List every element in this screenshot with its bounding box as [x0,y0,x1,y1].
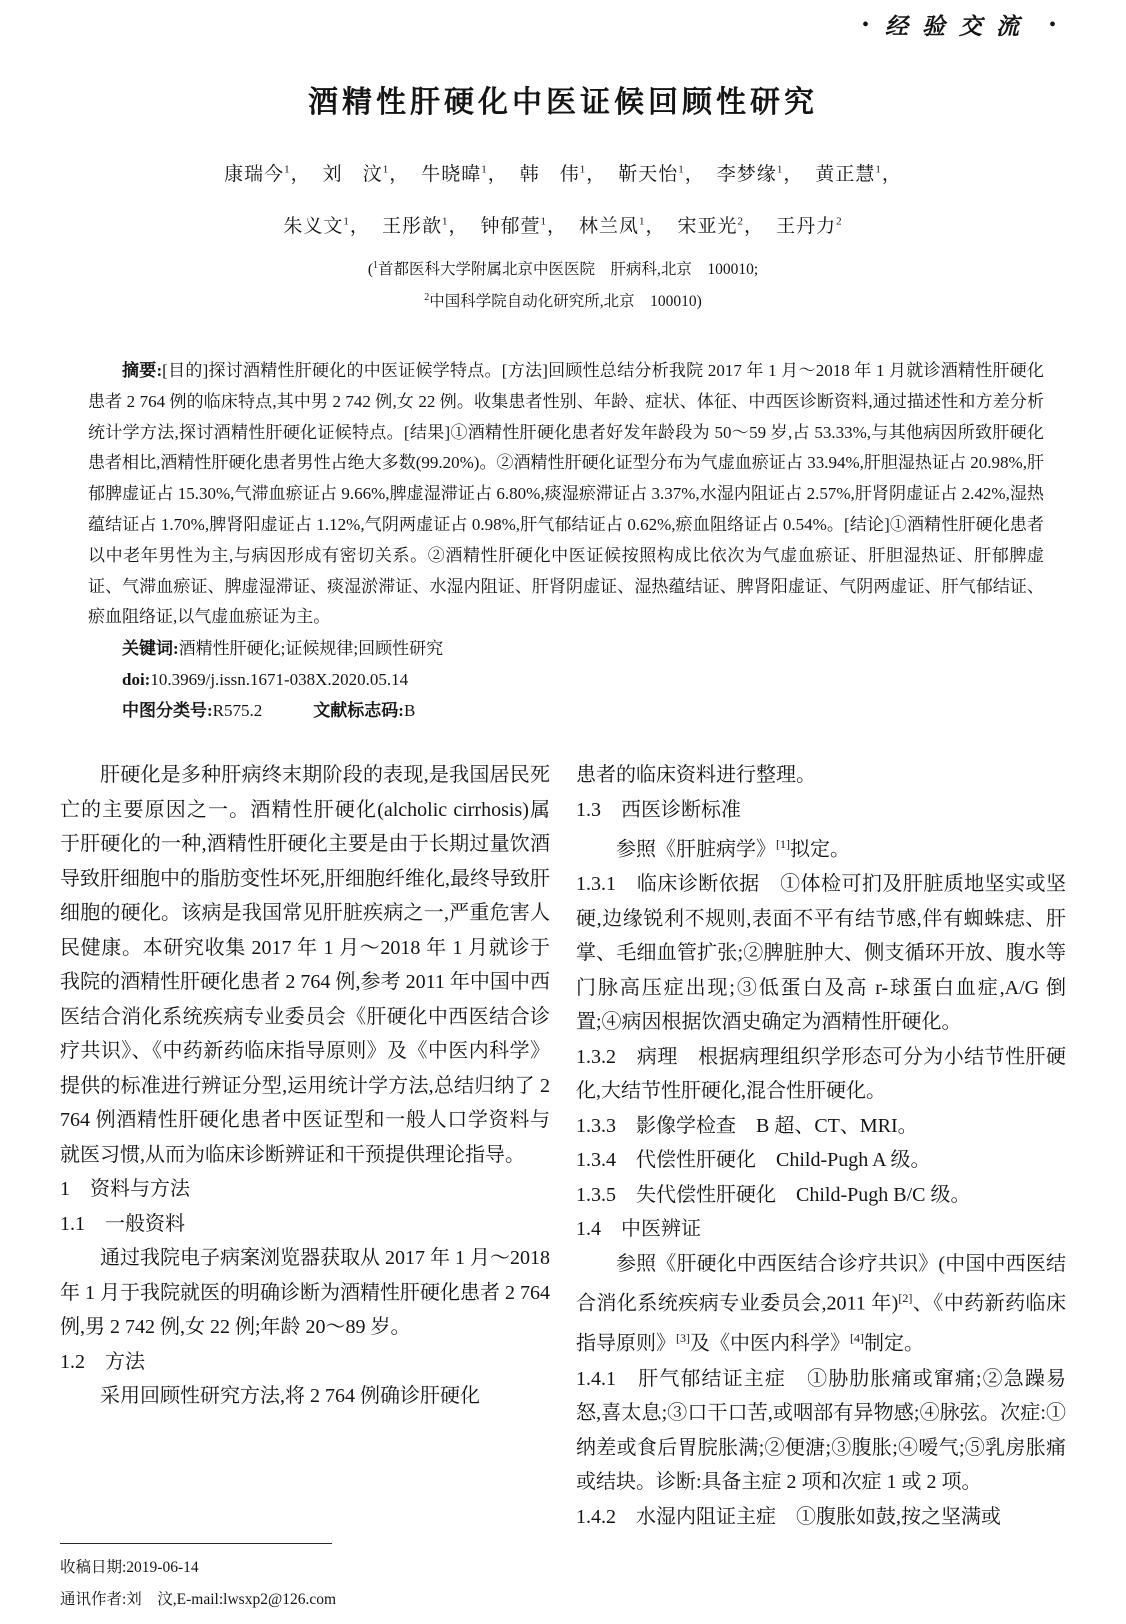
doc-code-value: B [404,701,415,720]
subsection-heading: 1.4 中医辨证 [576,1212,1066,1247]
author-affil-sup: 1 [678,164,685,176]
paragraph: 1.4.2 水湿内阻证主症 ①腹胀如鼓,按之坚满或 [576,1500,1066,1535]
author-affil-sup: 1 [383,164,390,176]
author-affil-sup: 1 [580,164,587,176]
clc-line: 中图分类号:R575.2文献标志码:B [88,695,1044,726]
article-title: 酒精性肝硬化中医证候回顾性研究 [60,77,1066,121]
affiliations: (1首都医科大学附属北京中医医院 肝病科,北京 100010;2中国科学院自动化… [60,252,1066,316]
author-affil-sup: 1 [639,215,646,227]
abstract-label: 摘要: [122,361,162,380]
left-column-blocks: 肝硬化是多种肝病终末期阶段的表现,是我国居民死亡的主要原因之一。酒精性肝硬化(a… [60,758,550,1414]
author-name: 王丹力2 [776,216,843,237]
author-row: 朱义文1，王彤歆1，钟郁萱1，林兰凤1，宋亚光2，王丹力2 [60,198,1066,249]
author-affil-sup: 1 [442,215,449,227]
footnote-line: 收稿日期:2019-06-14 [60,1552,550,1584]
footnote-line: 通讯作者:刘 汶,E-mail:lwsxp2@126.com [60,1584,550,1616]
author-affil-sup: 1 [481,164,488,176]
header-left-dot-icon: • [862,15,869,35]
paragraph: 参照《肝硬化中西医结合诊疗共识》(中国中西医结合消化系统疾病专业委员会,2011… [576,1247,1066,1362]
abstract-block: 摘要:[目的]探讨酒精性肝硬化的中医证候学特点。[方法]回顾性总结分析我院 20… [88,356,1044,726]
paragraph: 参照《肝脏病学》[1]拟定。 [576,827,1066,867]
doc-code-label: 文献标志码: [313,701,404,720]
reference-sup: [1] [776,837,790,851]
author-affil-sup: 2 [738,215,745,227]
clc-value: R575.2 [213,701,263,720]
affiliation-sup: 2 [424,292,429,303]
footnote-lines: 收稿日期:2019-06-14通讯作者:刘 汶,E-mail:lwsxp2@12… [60,1552,550,1616]
paragraph: 通过我院电子病案浏览器获取从 2017 年 1 月～2018 年 1 月于我院就… [60,1241,550,1345]
paragraph: 1.3.5 失代偿性肝硬化 Child-Pugh B/C 级。 [576,1178,1066,1213]
paragraph: 1.3.3 影像学检查 B 超、CT、MRI。 [576,1109,1066,1144]
left-column: 肝硬化是多种肝病终末期阶段的表现,是我国居民死亡的主要原因之一。酒精性肝硬化(a… [60,758,550,1624]
paragraph: 肝硬化是多种肝病终末期阶段的表现,是我国居民死亡的主要原因之一。酒精性肝硬化(a… [60,758,550,1172]
author-name: 李梦缘1， [717,164,804,185]
author-name: 钟郁萱1， [480,216,567,237]
subsection-heading: 1.3 西医诊断标准 [576,793,1066,828]
author-name: 黄正慧1， [815,164,902,185]
author-name: 康瑞今1， [224,164,311,185]
author-name: 林兰凤1， [579,216,666,237]
paragraph: 1.3.4 代偿性肝硬化 Child-Pugh A 级。 [576,1143,1066,1178]
author-name: 靳天怡1， [618,164,705,185]
author-affil-sup: 1 [343,215,350,227]
journal-page: • 经验交流 • 酒精性肝硬化中医证候回顾性研究 康瑞今1，刘 汶1，牛晓暐1，… [0,0,1126,1624]
right-column: 患者的临床资料进行整理。1.3 西医诊断标准参照《肝脏病学》[1]拟定。1.3.… [576,758,1066,1624]
author-name: 刘 汶1， [323,164,410,185]
doi-text: 10.3969/j.issn.1671-038X.2020.05.14 [150,670,408,689]
reference-sup: [4] [850,1331,864,1345]
body-columns: 肝硬化是多种肝病终末期阶段的表现,是我国居民死亡的主要原因之一。酒精性肝硬化(a… [60,758,1066,1624]
author-rows: 康瑞今1，刘 汶1，牛晓暐1，韩 伟1，靳天怡1，李梦缘1，黄正慧1，朱义文1，… [60,147,1066,250]
doi-line: doi:10.3969/j.issn.1671-038X.2020.05.14 [88,664,1044,695]
author-name: 宋亚光2， [678,216,765,237]
author-affil-sup: 2 [836,215,843,227]
keywords-text: 酒精性肝硬化;证候规律;回顾性研究 [179,639,443,658]
paragraph: 1.3.2 病理 根据病理组织学形态可分为小结节性肝硬化,大结节性肝硬化,混合性… [576,1040,1066,1109]
paragraph: 1.4.1 肝气郁结证主症 ①胁肋胀痛或窜痛;②急躁易怒,喜太息;③口干口苦,或… [576,1362,1066,1500]
author-name: 王彤歆1， [382,216,469,237]
author-name: 韩 伟1， [520,164,607,185]
reference-sup: [2] [898,1291,912,1305]
affiliation-sup: 1 [373,260,378,271]
journal-section-header: • 经验交流 • [60,8,1066,41]
author-affil-sup: 1 [540,215,547,227]
author-name: 朱义文1， [283,216,370,237]
abstract-text: [目的]探讨酒精性肝硬化的中医证候学特点。[方法]回顾性总结分析我院 2017 … [88,361,1044,626]
author-name: 牛晓暐1， [421,164,508,185]
footnote-divider [60,1543,332,1544]
author-row: 康瑞今1，刘 汶1，牛晓暐1，韩 伟1，靳天怡1，李梦缘1，黄正慧1， [60,147,1066,198]
journal-section-label: 经验交流 [885,8,1033,41]
paragraph: 1.3.1 临床诊断依据 ①体检可扪及肝脏质地坚实或坚硬,边缘锐利不规则,表面不… [576,867,1066,1040]
paragraph: 患者的临床资料进行整理。 [576,758,1066,793]
author-affil-sup: 1 [875,164,882,176]
keywords-label: 关键词: [122,639,179,658]
section-heading: 1 资料与方法 [60,1172,550,1207]
subsection-heading: 1.2 方法 [60,1345,550,1380]
reference-sup: [3] [676,1331,690,1345]
affiliation-line: 2中国科学院自动化研究所,北京 100010) [60,284,1066,316]
clc-label: 中图分类号: [122,701,213,720]
header-right-dot-icon: • [1049,15,1056,35]
affiliation-line: (1首都医科大学附属北京中医医院 肝病科,北京 100010; [60,252,1066,284]
right-column-blocks: 患者的临床资料进行整理。1.3 西医诊断标准参照《肝脏病学》[1]拟定。1.3.… [576,758,1066,1534]
paragraph: 采用回顾性研究方法,将 2 764 例确诊肝硬化 [60,1379,550,1414]
subsection-heading: 1.1 一般资料 [60,1207,550,1242]
doi-label: doi: [122,670,150,689]
abstract-paragraph: 摘要:[目的]探讨酒精性肝硬化的中医证候学特点。[方法]回顾性总结分析我院 20… [88,356,1044,633]
author-affil-sup: 1 [284,164,291,176]
footnote-block: 收稿日期:2019-06-14通讯作者:刘 汶,E-mail:lwsxp2@12… [60,1543,550,1624]
keywords-line: 关键词:酒精性肝硬化;证候规律;回顾性研究 [88,633,1044,664]
author-affil-sup: 1 [777,164,784,176]
